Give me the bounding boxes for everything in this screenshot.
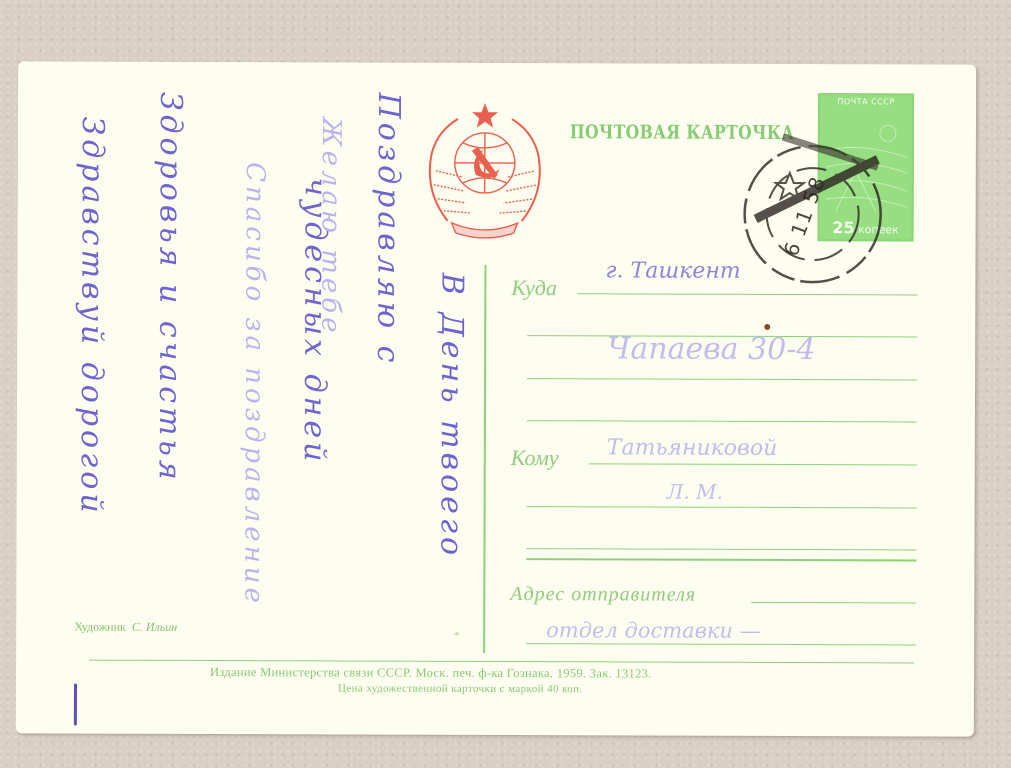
message-column-5: Желаю тебе [315,117,346,336]
price-note: Цена художественной карточки с маркой 40… [338,682,583,695]
message-column-3: Спасибо за поздравление [238,162,270,607]
to-where-line-4[interactable] [527,420,917,422]
message-column-1: Здравствуй дорогой [74,117,110,517]
message-column-2: Здоровья и счастья [152,92,188,484]
ussr-coat-of-arms-icon [418,101,553,241]
sender-line[interactable] [751,602,916,604]
to-whom-line[interactable] [589,463,917,465]
artist-credit: Художник С. Ильин [74,620,177,635]
message-column-7: В День твоего [433,273,469,559]
pencil-mark [74,684,77,726]
sender-handwriting: отдел доставки — [546,618,761,643]
to-whom-handwriting-2: Л. М. [667,480,723,504]
address-separator-double-line [526,558,916,561]
to-whom-label: Кому [511,445,559,471]
to-whom-handwriting-1: Татьяниковой [607,435,778,461]
to-where-handwriting-2: Чапаева 30-4 [607,331,815,367]
to-where-line-3[interactable] [527,378,917,380]
sender-line-2[interactable] [526,643,916,645]
to-whom-line-2[interactable] [527,506,917,508]
stamp-country-text: ПОЧТА СССР [820,97,912,106]
to-where-label: Куда [511,275,557,301]
sender-address-label: Адрес отправителя [510,583,696,607]
publisher-imprint: Издание Министерства связи СССР. Моск. п… [210,665,652,682]
vertical-divider [483,265,486,653]
to-where-handwriting-1: г. Ташкент [605,258,740,283]
message-column-6: Поздравляю с [370,93,406,367]
asterisk-mark: * [454,630,460,642]
postcard: ПОЧТОВАЯ КАРТОЧКА ПОЧТА СССР 25 копеек 6… [16,61,976,736]
to-where-line[interactable] [577,293,917,295]
ink-spot [764,324,770,330]
to-whom-line-3[interactable] [526,548,916,550]
footer-rule [89,660,914,664]
